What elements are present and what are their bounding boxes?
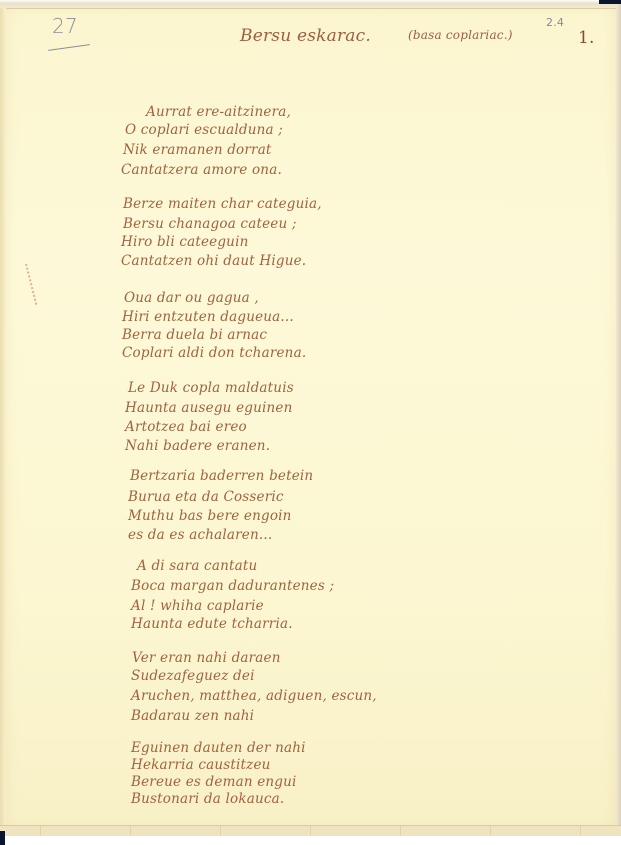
verse-line: Haunta edute tcharria. [131,616,293,632]
verse-line: Haunta ausegu eguinen [125,400,293,416]
verse-line: Bersu chanagoa cateeu ; [123,216,297,232]
verse-line: Coplari aldi don tcharena. [122,345,306,361]
page-right-edge [616,0,621,836]
verse-line: Ver eran nahi daraen [132,650,281,666]
verse-line: Nik eramanen dorrat [123,142,272,158]
verse-line: Muthu bas bere engoin [128,508,292,524]
verse-line: O coplari escualduna ; [125,122,283,138]
manuscript-page: 27 Bersu eskarac. (basa coplariac.) 2.4 … [0,0,621,836]
verse-line: Berra duela bi arnac [122,327,267,343]
page-title: Bersu eskarac. [240,26,371,46]
verse-line: Bereue es deman engui [131,774,297,790]
page-subtitle: (basa coplariac.) [408,28,513,42]
verse-line: Bertzaria baderren betein [130,468,313,484]
pencil-reference: 2.4 [546,16,564,29]
verse-line: Bustonari da lokauca. [131,791,284,807]
margin-stain [25,261,47,305]
verse-line: Boca margan dadurantenes ; [131,578,334,594]
verse-line: Cantatzen ohi daut Higue. [121,253,306,269]
verse-line: Artotzea bai ereo [125,419,247,435]
verse-line: Berze maiten char categuia, [123,196,322,212]
verse-line: Hiro bli cateeguin [121,234,249,250]
verse-line: A di sara cantatu [137,558,257,574]
scan-background-strip [0,836,621,845]
scan-background-corner [0,831,5,845]
verse-line: Hekarria caustitzeu [131,757,271,773]
verse-line: Aurrat ere-aitzinera, [146,104,291,120]
page-number: 1. [578,28,595,48]
verse-line: Al ! whiha caplarie [131,598,264,614]
verse-line: Le Duk copla maldatuis [128,380,294,396]
verse-line: Badarau zen nahi [131,708,254,724]
verse-line: Cantatzera amore ona. [121,162,282,178]
scan-background-corner [599,0,621,4]
folio-underline [48,44,90,51]
verse-line: es da es achalaren... [128,527,272,543]
verse-line: Burua eta da Cosseric [128,489,284,505]
verse-line: Nahi badere eranen. [125,438,270,454]
folio-number: 27 [52,14,78,38]
verse-line: Sudezafeguez dei [131,668,255,684]
verse-line: Eguinen dauten der nahi [131,740,306,756]
verse-line: Hiri entzuten dagueua... [122,309,294,325]
verse-line: Aruchen, matthea, adiguen, escun, [131,688,377,704]
page-left-edge [0,8,6,826]
verse-line: Oua dar ou gagua , [124,290,259,306]
